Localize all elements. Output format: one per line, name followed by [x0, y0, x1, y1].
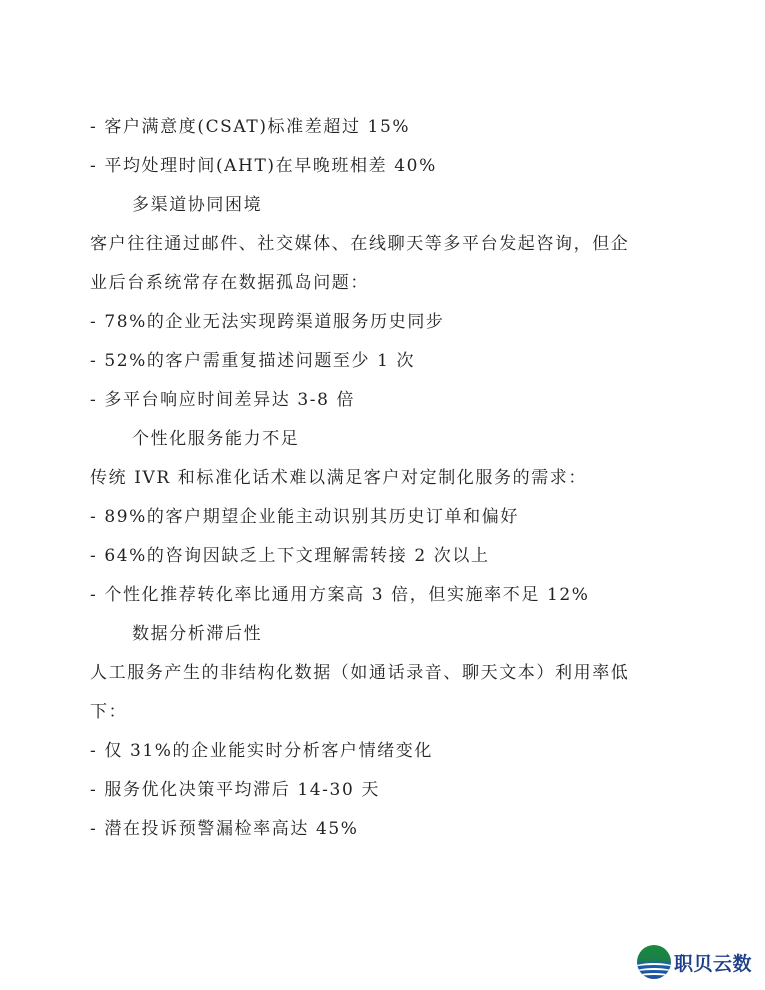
- section-heading-multichannel: 多渠道协同困境: [132, 194, 262, 216]
- brand-name: 职贝云数: [674, 949, 752, 976]
- bullet-item: - 89%的客户期望企业能主动识别其历史订单和偏好: [90, 506, 519, 528]
- paragraph-line: 业后台系统常存在数据孤岛问题：: [90, 272, 369, 294]
- brand-logo: 职贝云数: [637, 945, 752, 979]
- bullet-item: - 服务优化决策平均滞后 14-30 天: [90, 779, 380, 801]
- bullet-aht: - 平均处理时间(AHT)在早晚班相差 40%: [90, 155, 437, 177]
- section-heading-personalization: 个性化服务能力不足: [132, 428, 299, 450]
- paragraph-line: 人工服务产生的非结构化数据（如通话录音、聊天文本）利用率低: [90, 662, 629, 684]
- bullet-item: - 64%的咨询因缺乏上下文理解需转接 2 次以上: [90, 545, 490, 567]
- wave-globe-icon: [637, 945, 671, 979]
- paragraph-line: 传统 IVR 和标准化话术难以满足客户对定制化服务的需求：: [90, 467, 587, 489]
- bullet-item: - 52%的客户需重复描述问题至少 1 次: [90, 350, 415, 372]
- paragraph-line: 客户往往通过邮件、社交媒体、在线聊天等多平台发起咨询，但企: [90, 233, 629, 255]
- paragraph-line: 下：: [90, 701, 127, 723]
- bullet-item: - 78%的企业无法实现跨渠道服务历史同步: [90, 311, 445, 333]
- bullet-item: - 潜在投诉预警漏检率高达 45%: [90, 818, 359, 840]
- bullet-item: - 仅 31%的企业能实时分析客户情绪变化: [90, 740, 433, 762]
- bullet-item: - 多平台响应时间差异达 3-8 倍: [90, 389, 355, 411]
- bullet-item: - 个性化推荐转化率比通用方案高 3 倍，但实施率不足 12%: [90, 584, 590, 606]
- section-heading-data-analysis: 数据分析滞后性: [132, 623, 262, 645]
- bullet-csat: - 客户满意度(CSAT)标准差超过 15%: [90, 116, 410, 138]
